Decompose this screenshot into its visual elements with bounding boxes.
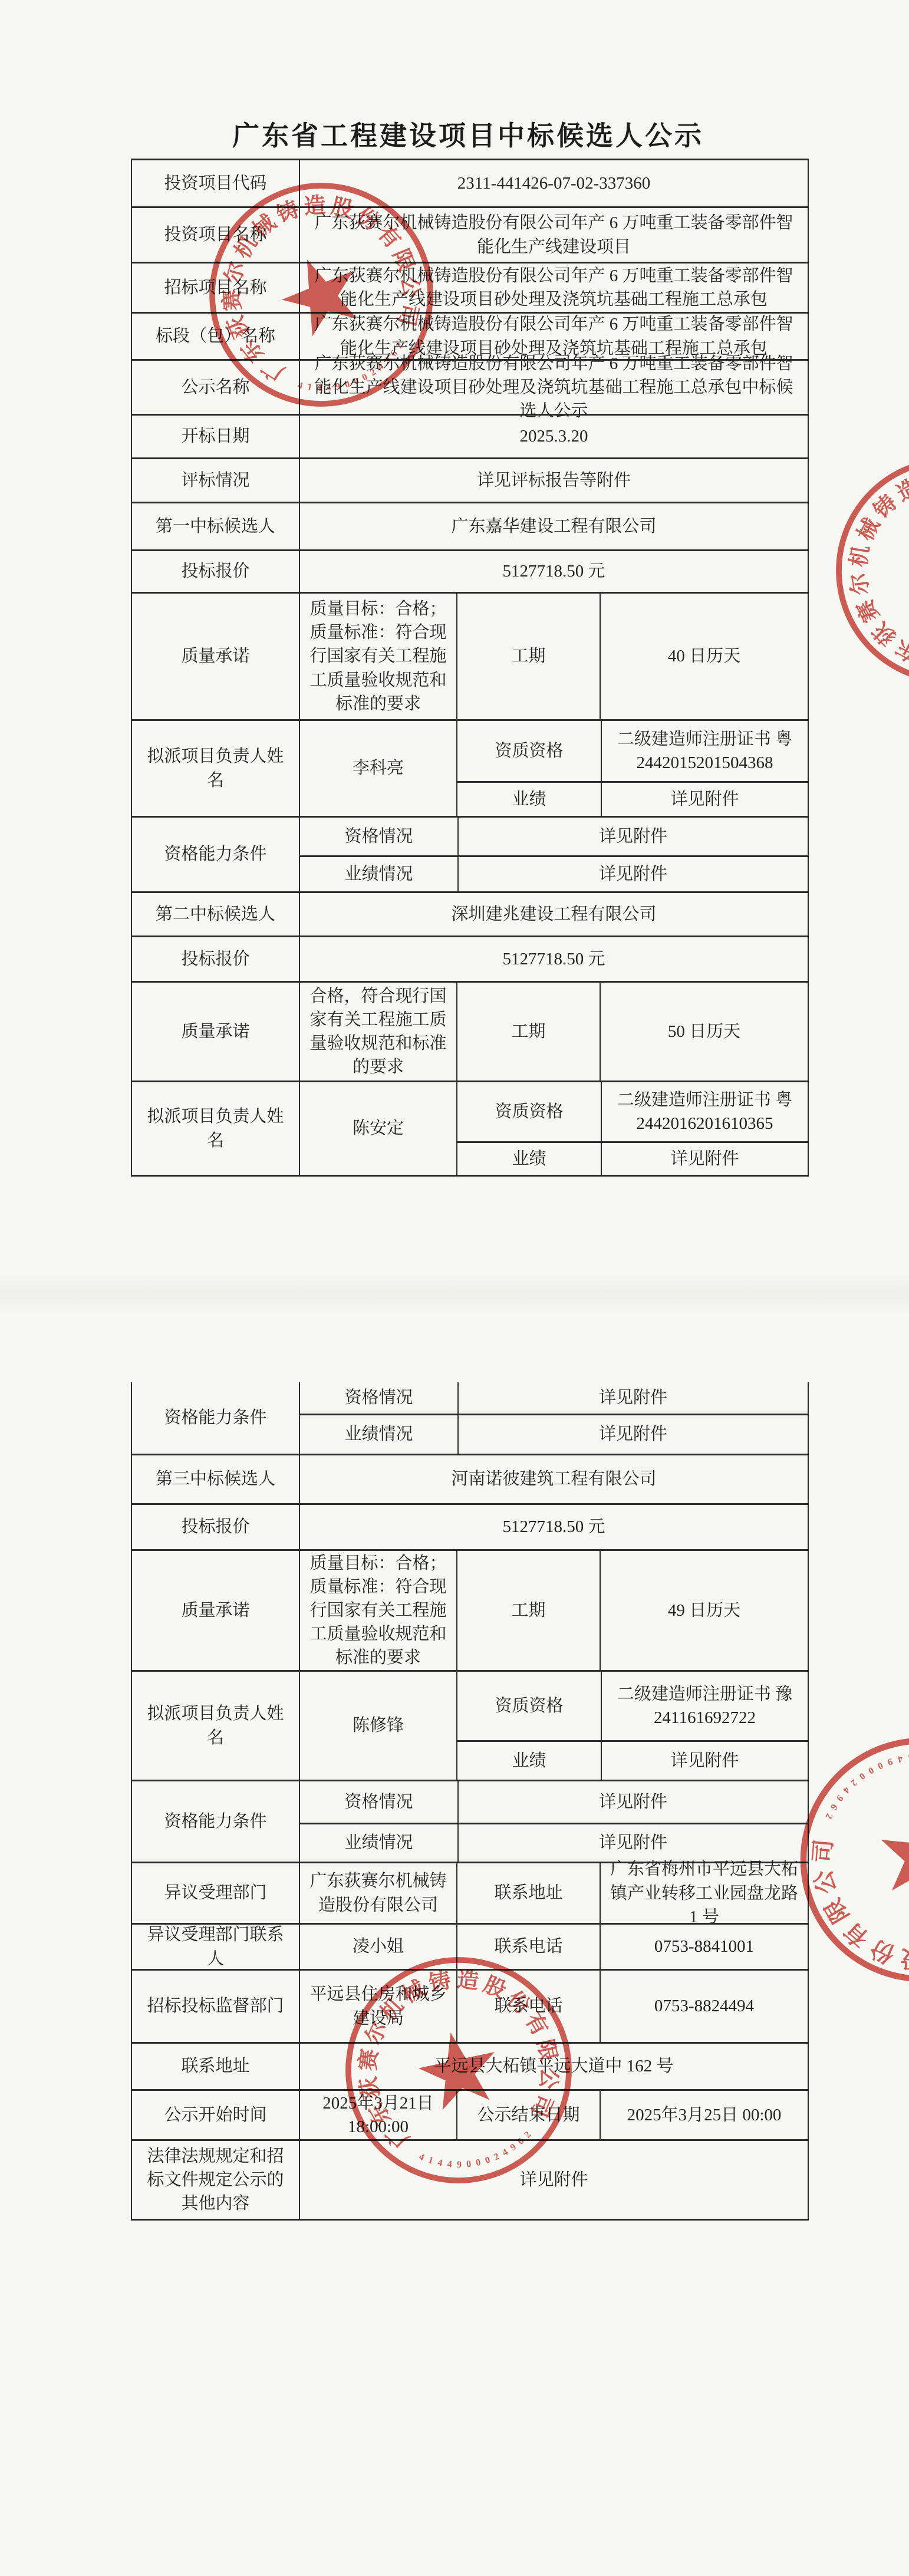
cell-value: 50 日历天 <box>600 983 808 1081</box>
cell-value: 质量目标：合格；质量标准：符合现行国家有关工程施工质量验收规范和标准的要求 <box>299 1551 456 1670</box>
cell-label: 质量承诺 <box>132 1551 299 1670</box>
table-row: 资格能力条件资格情况详见附件业绩情况详见附件 <box>132 1780 808 1862</box>
cell-label: 投标报价 <box>132 551 299 592</box>
cell-person-name: 李科亮 <box>299 721 456 816</box>
seal-graphic: 广东荻赛尔机械铸造股份有限公司4144900024962 <box>794 1731 909 1988</box>
svg-text:公: 公 <box>809 1867 841 1896</box>
table-row: 资格能力条件资格情况详见附件业绩情况详见附件 <box>132 816 808 891</box>
cell-value: 40 日历天 <box>600 594 808 719</box>
svg-text:4: 4 <box>897 1753 903 1764</box>
cell-value: 0753-8841001 <box>600 1925 808 1969</box>
cell-value: 广东荻赛尔机械铸造股份有限公司 <box>299 1863 456 1923</box>
table-row: 拟派项目负责人姓名陈修锋资质资格二级建造师注册证书 豫 241161692722… <box>132 1670 808 1780</box>
cell-label: 投标报价 <box>132 1505 299 1549</box>
svg-text:9: 9 <box>834 1793 845 1803</box>
cell-sublabel: 联系电话 <box>456 1971 600 2042</box>
sub-row: 资格情况详见附件 <box>300 818 808 855</box>
sub-rows: 资质资格二级建造师注册证书 豫 241161692722业绩详见附件 <box>456 1672 808 1780</box>
cell-label: 投资项目名称 <box>132 208 299 262</box>
sub-rows: 资格情况详见附件业绩情况详见附件 <box>299 1781 808 1862</box>
company-seal-stamp: 广东荻赛尔机械铸造股份有限公司4144900024962 <box>829 451 909 693</box>
svg-text:2: 2 <box>824 1812 835 1820</box>
cell-value: 质量目标：合格；质量标准：符合现行国家有关工程施工质量验收规范和标准的要求 <box>299 594 456 719</box>
cell-value: 5127718.50 元 <box>299 937 808 981</box>
cell-value: 2311-441426-07-02-337360 <box>299 160 808 206</box>
table-row: 评标情况详见评标报告等附件 <box>132 457 808 502</box>
sub-row: 资格情况详见附件 <box>300 1781 808 1823</box>
cell-label: 投资项目代码 <box>132 160 299 206</box>
sub-row: 业绩详见附件 <box>457 1740 808 1780</box>
cell-value: 2025.3.20 <box>299 416 808 457</box>
sub-row: 业绩详见附件 <box>457 781 808 816</box>
svg-text:6: 6 <box>828 1802 839 1811</box>
svg-text:股: 股 <box>900 1945 909 1974</box>
table-row: 质量承诺质量目标：合格；质量标准：符合现行国家有关工程施工质量验收规范和标准的要… <box>132 592 808 719</box>
table-row: 投标报价5127718.50 元 <box>132 549 808 592</box>
sub-rows: 资格情况详见附件业绩情况详见附件 <box>299 818 808 891</box>
cell-value: 详见附件 <box>457 818 808 855</box>
cell-value: 深圳建兆建设工程有限公司 <box>299 893 808 935</box>
bid-announcement-table-page2: 资格能力条件资格情况详见附件业绩情况详见附件第三中标候选人河南诺彼建筑工程有限公… <box>131 1382 809 2221</box>
cell-label: 联系地址 <box>132 2044 299 2089</box>
cell-label: 第三中标候选人 <box>132 1455 299 1503</box>
cell-value: 详见附件 <box>601 783 808 816</box>
table-row: 投资项目代码2311-441426-07-02-337360 <box>132 160 808 206</box>
cell-value: 2025年3月25日 00:00 <box>600 2091 808 2139</box>
cell-value: 平远县大柘镇平远大道中 162 号 <box>299 2044 808 2089</box>
cell-sublabel: 资质资格 <box>457 721 601 781</box>
cell-sublabel: 资质资格 <box>457 1082 601 1141</box>
svg-text:9: 9 <box>886 1756 894 1767</box>
cell-value: 广东嘉华建设工程有限公司 <box>299 503 808 549</box>
cell-sublabel: 资格情况 <box>300 1382 457 1414</box>
svg-text:4: 4 <box>841 1785 852 1795</box>
cell-value: 5127718.50 元 <box>299 1505 808 1549</box>
cell-label: 异议受理部门 <box>132 1863 299 1923</box>
company-seal-stamp: 广东荻赛尔机械铸造股份有限公司4144900024962 <box>794 1731 909 1991</box>
cell-sublabel: 业绩情况 <box>300 1824 457 1862</box>
table-row: 质量承诺质量目标：合格；质量标准：符合现行国家有关工程施工质量验收规范和标准的要… <box>132 1549 808 1670</box>
table-row: 资格能力条件资格情况详见附件业绩情况详见附件 <box>132 1382 808 1454</box>
sub-rows: 资质资格二级建造师注册证书 粤 2442015201504368业绩详见附件 <box>456 721 808 816</box>
cell-value: 详见评标报告等附件 <box>299 459 808 502</box>
svg-text:铸: 铸 <box>869 490 902 523</box>
cell-sublabel: 业绩情况 <box>300 857 457 891</box>
table-row: 投标报价5127718.50 元 <box>132 935 808 981</box>
cell-label: 异议受理部门联系人 <box>132 1925 299 1969</box>
cell-value: 广东省梅州市平远县大柘镇产业转移工业园盘龙路 1 号 <box>600 1863 808 1923</box>
table-row: 异议受理部门联系人凌小姐联系电话0753-8841001 <box>132 1923 808 1969</box>
svg-text:司: 司 <box>809 1838 837 1864</box>
cell-person-name: 陈安定 <box>299 1082 456 1175</box>
bid-announcement-table-page1: 投资项目代码2311-441426-07-02-337360投资项目名称广东荻赛… <box>131 159 809 1177</box>
sub-row: 业绩情况详见附件 <box>300 1414 808 1454</box>
cell-value: 凌小姐 <box>299 1925 456 1969</box>
cell-label: 公示名称 <box>132 361 299 414</box>
page-break-shadow <box>0 1273 909 1315</box>
svg-text:尔: 尔 <box>846 571 874 597</box>
cell-value: 详见附件 <box>457 1781 808 1823</box>
cell-sublabel: 业绩 <box>457 1143 601 1175</box>
table-row: 投资项目名称广东荻赛尔机械铸造股份有限公司年产 6 万吨重工装备零部件智能化生产… <box>132 206 808 262</box>
cell-value: 河南诺彼建筑工程有限公司 <box>299 1455 808 1503</box>
cell-value: 平远县住房和城乡建设局 <box>299 1971 456 2042</box>
cell-value: 详见附件 <box>299 2141 808 2219</box>
cell-value: 49 日历天 <box>600 1551 808 1670</box>
cell-sublabel: 联系电话 <box>456 1925 600 1969</box>
table-row: 第二中标候选人深圳建兆建设工程有限公司 <box>132 891 808 935</box>
table-row: 招标项目名称广东荻赛尔机械铸造股份有限公司年产 6 万吨重工装备零部件智能化生产… <box>132 262 808 312</box>
cell-label: 开标日期 <box>132 416 299 457</box>
cell-value: 0753-8824494 <box>600 1971 808 2042</box>
table-row: 招标投标监督部门平远县住房和城乡建设局联系电话0753-8824494 <box>132 1969 808 2042</box>
cell-label: 法律法规规定和招标文件规定公示的其他内容 <box>132 2141 299 2219</box>
sub-row: 业绩情况详见附件 <box>300 855 808 891</box>
svg-text:有: 有 <box>839 1917 874 1952</box>
svg-text:造: 造 <box>892 475 909 506</box>
svg-text:0: 0 <box>857 1770 867 1781</box>
svg-text:份: 份 <box>867 1935 899 1968</box>
svg-text:械: 械 <box>853 514 885 545</box>
svg-text:2: 2 <box>849 1777 859 1788</box>
cell-value: 详见附件 <box>601 1143 808 1175</box>
cell-value: 合格，符合现行国家有关工程施工质量验收规范和标准的要求 <box>299 983 456 1081</box>
cell-label: 资格能力条件 <box>132 818 299 891</box>
cell-label: 资格能力条件 <box>132 1781 299 1862</box>
cell-sublabel: 联系地址 <box>456 1863 600 1923</box>
svg-text:荻: 荻 <box>868 617 901 650</box>
cell-label: 质量承诺 <box>132 594 299 719</box>
cell-value: 详见附件 <box>601 1742 808 1780</box>
sub-row: 业绩详见附件 <box>457 1141 808 1175</box>
cell-person-name: 陈修锋 <box>299 1672 456 1780</box>
cell-label: 拟派项目负责人姓名 <box>132 1672 299 1780</box>
cell-label: 第一中标候选人 <box>132 503 299 549</box>
cell-label: 质量承诺 <box>132 983 299 1081</box>
cell-label: 评标情况 <box>132 459 299 502</box>
sub-row: 资格情况详见附件 <box>300 1382 808 1414</box>
table-row: 第一中标候选人广东嘉华建设工程有限公司 <box>132 502 808 549</box>
svg-text:东: 东 <box>891 634 909 666</box>
cell-sublabel: 业绩 <box>457 1742 601 1780</box>
table-row: 联系地址平远县大柘镇平远大道中 162 号 <box>132 2042 808 2089</box>
cell-label: 拟派项目负责人姓名 <box>132 721 299 816</box>
cell-sublabel: 业绩情况 <box>300 1415 457 1454</box>
cell-sublabel: 工期 <box>456 594 600 719</box>
cell-label: 拟派项目负责人姓名 <box>132 1082 299 1175</box>
cell-value: 二级建造师注册证书 豫 241161692722 <box>601 1672 808 1740</box>
cell-value: 广东荻赛尔机械铸造股份有限公司年产 6 万吨重工装备零部件智能化生产线建设项目砂… <box>299 263 808 312</box>
svg-text:0: 0 <box>867 1765 875 1776</box>
svg-text:限: 限 <box>819 1894 854 1928</box>
table-row: 法律法规规定和招标文件规定公示的其他内容详见附件 <box>132 2139 808 2219</box>
cell-value: 2025年3月21日 18:00:00 <box>299 2091 456 2139</box>
cell-value: 广东荻赛尔机械铸造股份有限公司年产 6 万吨重工装备零部件智能化生产线建设项目砂… <box>299 361 808 414</box>
scanned-document-page: 广东省工程建设项目中标候选人公示 投资项目代码2311-441426-07-02… <box>0 0 909 2576</box>
sub-rows: 资质资格二级建造师注册证书 粤 2442016201610365业绩详见附件 <box>456 1082 808 1175</box>
table-row: 第三中标候选人河南诺彼建筑工程有限公司 <box>132 1454 808 1503</box>
cell-value: 详见附件 <box>457 857 808 891</box>
cell-sublabel: 公示结束日期 <box>456 2091 600 2139</box>
svg-text:赛: 赛 <box>852 595 884 626</box>
cell-sublabel: 业绩 <box>457 783 601 816</box>
table-row: 拟派项目负责人姓名陈安定资质资格二级建造师注册证书 粤 244201620161… <box>132 1081 808 1175</box>
cell-label: 招标投标监督部门 <box>132 1971 299 2042</box>
table-row: 异议受理部门广东荻赛尔机械铸造股份有限公司联系地址广东省梅州市平远县大柘镇产业转… <box>132 1862 808 1923</box>
sub-row: 资质资格二级建造师注册证书 豫 241161692722 <box>457 1672 808 1740</box>
seal-graphic: 广东荻赛尔机械铸造股份有限公司4144900024962 <box>829 451 909 690</box>
table-row: 拟派项目负责人姓名李科亮资质资格二级建造师注册证书 粤 244201520150… <box>132 719 808 816</box>
svg-text:机: 机 <box>846 543 874 569</box>
cell-sublabel: 工期 <box>456 983 600 1081</box>
svg-text:0: 0 <box>876 1760 884 1771</box>
cell-value: 详见附件 <box>457 1415 808 1454</box>
cell-sublabel: 工期 <box>456 1551 600 1670</box>
cell-value: 广东荻赛尔机械铸造股份有限公司年产 6 万吨重工装备零部件智能化生产线建设项目 <box>299 208 808 262</box>
table-row: 公示名称广东荻赛尔机械铸造股份有限公司年产 6 万吨重工装备零部件智能化生产线建… <box>132 359 808 414</box>
sub-row: 资质资格二级建造师注册证书 粤 2442015201504368 <box>457 721 808 781</box>
sub-rows: 资格情况详见附件业绩情况详见附件 <box>299 1382 808 1454</box>
sub-row: 业绩情况详见附件 <box>300 1823 808 1862</box>
table-row: 开标日期2025.3.20 <box>132 414 808 457</box>
cell-label: 公示开始时间 <box>132 2091 299 2139</box>
table-row: 质量承诺合格，符合现行国家有关工程施工质量验收规范和标准的要求工期50 日历天 <box>132 981 808 1081</box>
cell-value: 5127718.50 元 <box>299 551 808 592</box>
cell-sublabel: 资质资格 <box>457 1672 601 1740</box>
document-title: 广东省工程建设项目中标候选人公示 <box>0 114 909 153</box>
cell-value: 二级建造师注册证书 粤 2442015201504368 <box>601 721 808 781</box>
cell-sublabel: 资格情况 <box>300 1781 457 1823</box>
table-row: 公示开始时间2025年3月21日 18:00:00公示结束日期2025年3月25… <box>132 2089 808 2139</box>
cell-label: 资格能力条件 <box>132 1382 299 1454</box>
cell-label: 标段（包）名称 <box>132 314 299 359</box>
sub-row: 资质资格二级建造师注册证书 粤 2442016201610365 <box>457 1082 808 1141</box>
cell-value: 详见附件 <box>457 1824 808 1862</box>
cell-value: 二级建造师注册证书 粤 2442016201610365 <box>601 1082 808 1141</box>
cell-sublabel: 资格情况 <box>300 818 457 855</box>
cell-label: 第二中标候选人 <box>132 893 299 935</box>
cell-label: 投标报价 <box>132 937 299 981</box>
cell-label: 招标项目名称 <box>132 263 299 312</box>
cell-value: 详见附件 <box>457 1382 808 1414</box>
table-row: 投标报价5127718.50 元 <box>132 1503 808 1549</box>
